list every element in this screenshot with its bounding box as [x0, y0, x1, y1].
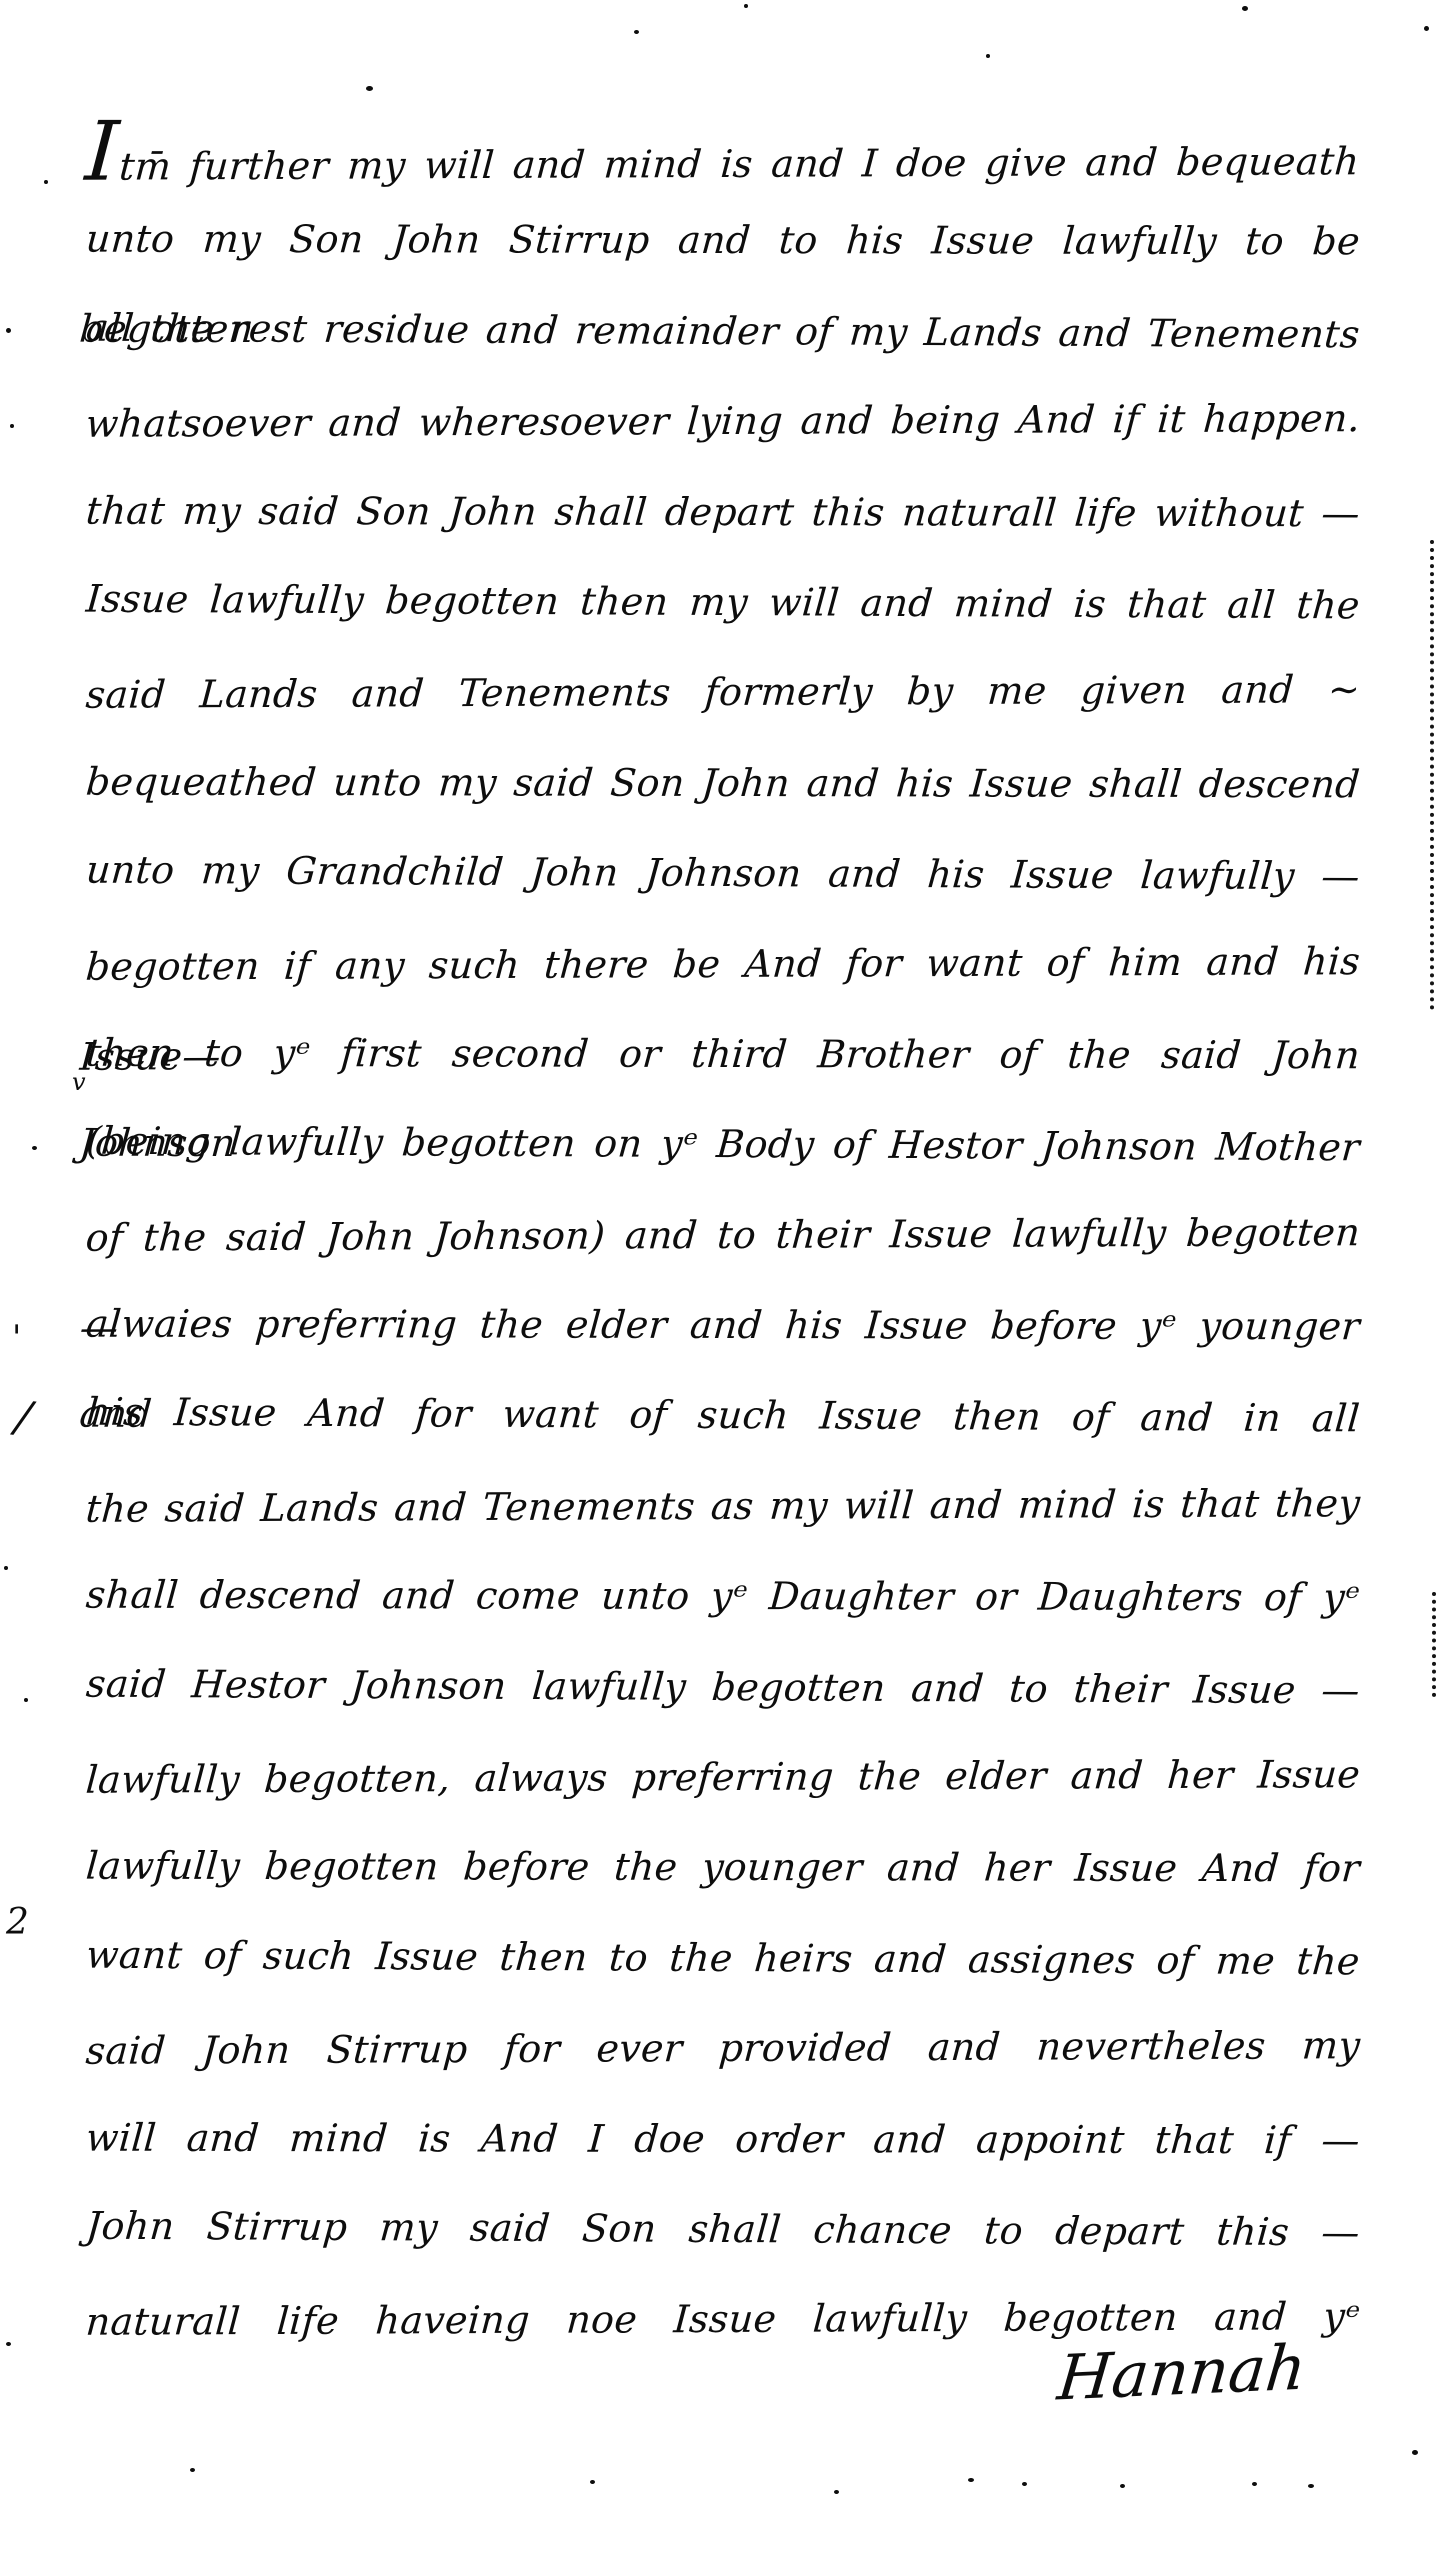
- ink-speck: [10, 424, 14, 428]
- ink-speck: [744, 4, 748, 8]
- ink-speck: [6, 2342, 11, 2346]
- ink-speck: [1022, 2482, 1027, 2486]
- ink-speck: [6, 328, 11, 333]
- ink-speck: [1424, 26, 1429, 31]
- signature-hannah: Hannah: [1055, 2330, 1310, 2414]
- manuscript-line: then to yᵉ first second or third Brother…: [83, 1008, 1363, 1101]
- manuscript-line: said Lands and Tenements formerly by me …: [83, 645, 1363, 741]
- manuscript-line: unto my Grandchild John Johnson and his …: [83, 825, 1363, 922]
- ink-speck: [634, 30, 639, 34]
- ink-speck: [1308, 2484, 1314, 2488]
- manuscript-line: begotten if any such there be And for wa…: [83, 916, 1363, 1012]
- manuscript-line: that my said Son John shall depart this …: [83, 465, 1363, 558]
- manuscript-page: Itm̄ further my will and mind is and I d…: [0, 0, 1446, 2560]
- manuscript-text-block: Itm̄ further my will and mind is and I d…: [86, 105, 1360, 2365]
- manuscript-line: lawfully begotten, always preferring the…: [83, 1729, 1363, 1825]
- ink-speck: [44, 180, 48, 184]
- manuscript-line: want of such Issue then to the heirs and…: [83, 1909, 1363, 2006]
- manuscript-line: lawfully begotten before the younger and…: [83, 1821, 1363, 1914]
- ink-speck: [366, 86, 373, 91]
- ink-speck: [1120, 2484, 1125, 2488]
- ink-speck: [1242, 6, 1248, 11]
- ink-speck: [24, 1698, 28, 1702]
- manuscript-line: bequeathed unto my said Son John and his…: [83, 736, 1363, 829]
- manuscript-line: whatsoever and wheresoever lying and bei…: [83, 373, 1363, 469]
- margin-tick-mark: ': [12, 1318, 21, 1358]
- manuscript-line: said Hestor Johnson lawfully begotten an…: [83, 1638, 1363, 1735]
- ink-speck: [32, 1146, 37, 1150]
- ink-speck: [986, 54, 990, 58]
- ink-speck: [4, 1566, 8, 1570]
- manuscript-line: his Issue And for want of such Issue the…: [83, 1367, 1363, 1464]
- margin-caret-mark: v: [72, 1068, 86, 1096]
- manuscript-line: all the rest residue and remainder of my…: [83, 282, 1363, 379]
- manuscript-line: will and mind is And I doe order and app…: [83, 2092, 1363, 2185]
- manuscript-line: the said Lands and Tenements as my will …: [83, 1458, 1363, 1554]
- margin-slash-mark: /: [13, 1391, 35, 1444]
- manuscript-line: Issue lawfully begotten then my will and…: [83, 554, 1363, 651]
- margin-page-number: 2: [6, 1902, 29, 1943]
- ink-speck: [190, 2468, 195, 2472]
- right-edge-dotted-line: [1430, 540, 1434, 1010]
- ink-speck: [834, 2490, 839, 2494]
- manuscript-line: unto my Son John Stirrup and to his Issu…: [83, 194, 1363, 287]
- right-edge-dotted-line: [1432, 1592, 1436, 1697]
- ink-speck: [590, 2480, 595, 2484]
- ink-speck: [1252, 2482, 1257, 2486]
- ink-speck: [968, 2478, 974, 2482]
- manuscript-line: shall descend and come unto yᵉ Daughter …: [83, 1550, 1363, 1643]
- ink-speck: [1412, 2450, 1418, 2455]
- manuscript-line: Itm̄ further my will and mind is and I d…: [83, 102, 1363, 198]
- manuscript-line: (being lawfully begotten on yᵉ Body of H…: [83, 1096, 1363, 1193]
- manuscript-line: of the said John Johnson) and to their I…: [83, 1187, 1363, 1283]
- manuscript-line: John Stirrup my said Son shall chance to…: [83, 2181, 1363, 2278]
- manuscript-line: alwaies preferring the elder and his Iss…: [83, 1279, 1363, 1372]
- manuscript-line: said John Stirrup for ever provided and …: [83, 2000, 1363, 2096]
